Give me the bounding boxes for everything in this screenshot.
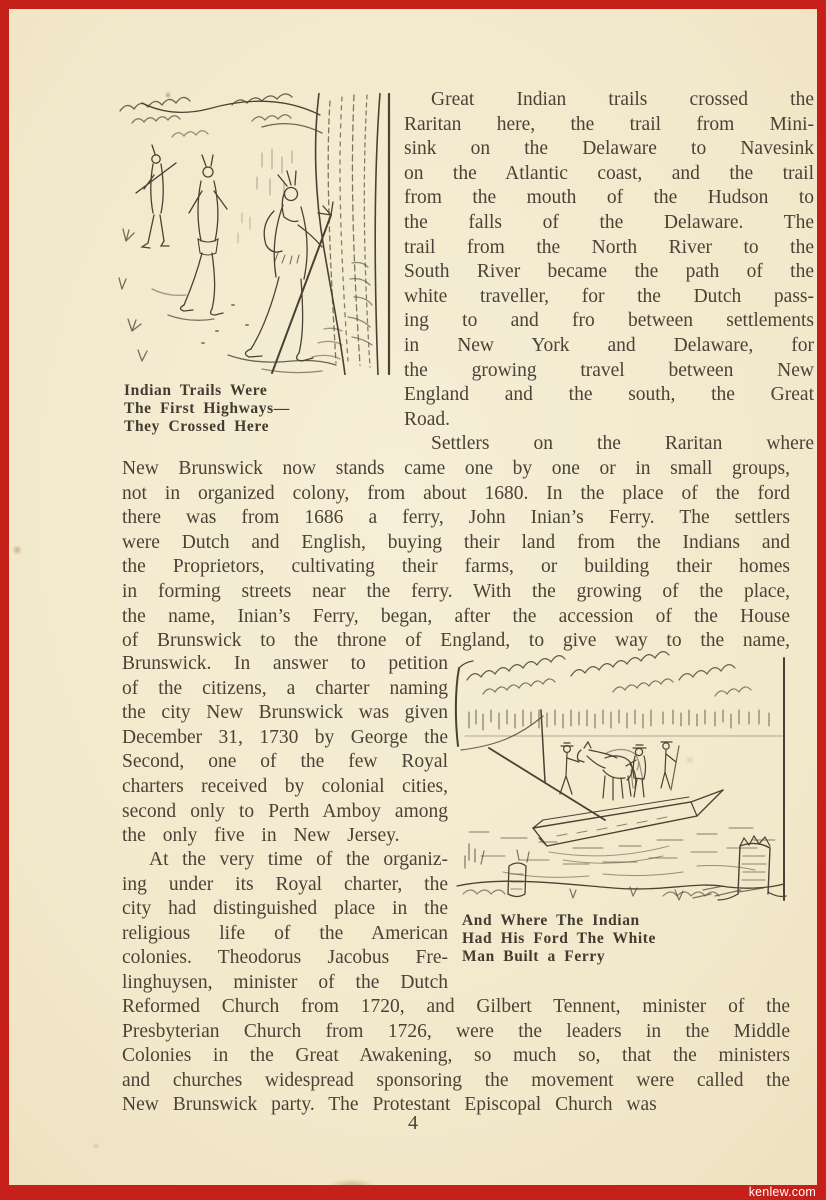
paragraph-2-leftcolumn: Brunswick. In answer to petition of the … [122, 652, 448, 824]
paragraph-1-lastline: Road. [404, 408, 814, 433]
paragraph-2-fullwidth: New Brunswick now stands came one by one… [122, 457, 790, 654]
paragraph-2-lastline: the only five in New Jersey. [122, 824, 448, 849]
scan-frame-top [0, 0, 826, 9]
trails-caption: Indian Trails Were The First Highways— T… [124, 382, 386, 435]
paragraph-2-fullwidth-block: New Brunswick now stands came one by one… [122, 457, 790, 654]
paragraph-3-leftcolumn-block: At the very time of the organiz- ing und… [122, 848, 448, 996]
scan-frame-left [0, 0, 9, 1200]
scan-frame-right [817, 0, 826, 1200]
ferry-illustration [453, 650, 788, 902]
kenlew-watermark: kenlew.com [749, 1185, 816, 1200]
paragraph-3-leftcolumn: At the very time of the organiz- ing und… [122, 848, 448, 996]
paper-background: Indian Trails Were The First Highways— T… [0, 0, 826, 1200]
paragraph-3-fullwidth: Reformed Church from 1720, and Gilbert T… [122, 995, 790, 1093]
page-number: 4 [0, 1112, 826, 1135]
paragraph-1-justified: Great Indian trails crossed the Raritan … [404, 88, 814, 408]
indian-trails-illustration [112, 93, 392, 375]
ferry-caption: And Where The Indian Had His Ford The Wh… [462, 912, 742, 965]
scan-frame-bottom: kenlew.com [0, 1185, 826, 1200]
paragraph-3-fullwidth-block: Reformed Church from 1720, and Gilbert T… [122, 995, 790, 1118]
ferry-drawing [453, 650, 788, 902]
paragraph-1-block: Great Indian trails crossed the Raritan … [404, 88, 814, 457]
scanned-book-page: Indian Trails Were The First Highways— T… [0, 0, 826, 1200]
indian-trails-drawing [112, 93, 392, 375]
paragraph-2-leftcolumn-block: Brunswick. In answer to petition of the … [122, 652, 448, 849]
paragraph-2-first-line: Settlers on the Raritan where [404, 432, 814, 457]
